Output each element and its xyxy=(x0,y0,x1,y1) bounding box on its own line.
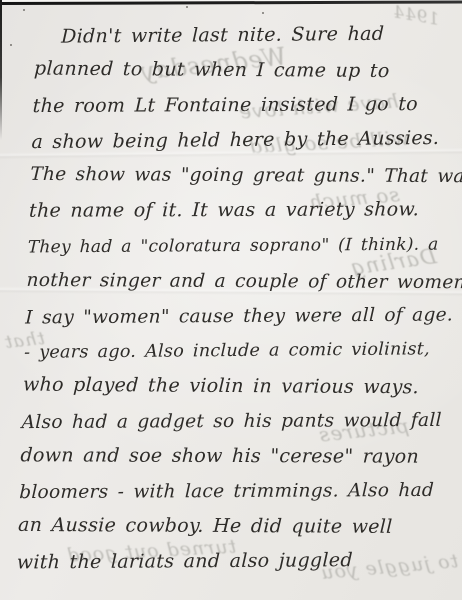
scan-edge-top xyxy=(0,1,462,5)
handwritten-letter-page: Wednesday 1944 have with love will be so… xyxy=(0,0,462,600)
letter-line: down and soe show his "cerese" rayon xyxy=(20,438,437,475)
letter-line: with the lariats and also juggled xyxy=(16,543,433,581)
letter-line: planned to but when I came up to xyxy=(33,52,450,90)
letter-line: a show being held here by the Aussies. xyxy=(31,121,448,160)
scan-speck xyxy=(23,9,25,11)
letter-line: - years ago. Also include a comic violin… xyxy=(24,332,441,371)
letter-line: The show was "going great guns." That wa… xyxy=(30,157,447,194)
letter-line: Didn't write last nite. Sure had xyxy=(35,16,452,55)
letter-line: the name of it. It was a variety show. xyxy=(28,193,445,230)
letter-line: They had a "coloratura soprano" (I think… xyxy=(27,227,444,265)
letter-line: the room Lt Fontaine insisted I go to xyxy=(32,87,449,124)
letter-line: who played the violin in various ways. xyxy=(22,367,439,405)
scan-speck xyxy=(10,44,12,46)
letter-line: nother singer and a couple of other wome… xyxy=(26,263,443,300)
scan-edge-left xyxy=(0,0,2,140)
letter-line: an Aussie cowboy. He did quite well xyxy=(17,508,434,545)
letter-line: Also had a gadget so his pants would fal… xyxy=(21,403,438,440)
scan-speck xyxy=(262,12,264,14)
letter-line: bloomers - with lace trimmings. Also had xyxy=(19,473,436,510)
scan-speck xyxy=(186,6,188,8)
letter-line: I say "women" cause they were all of age… xyxy=(25,297,442,335)
letter-text-block: Didn't write last nite. Sure had planned… xyxy=(16,18,452,580)
